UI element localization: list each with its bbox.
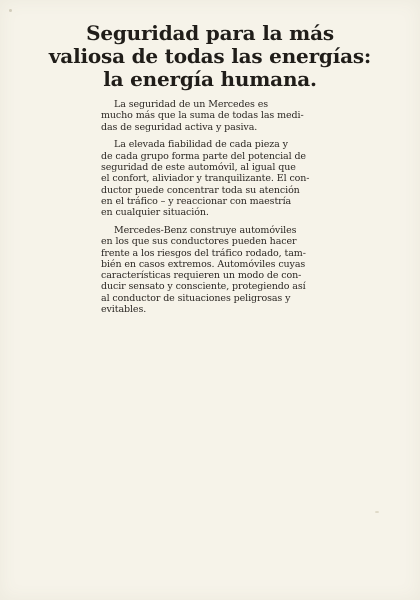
body-paragraph: La seguridad de un Mercedes esmucho más … [101, 99, 319, 133]
scan-speck [9, 9, 12, 12]
body-paragraph: Mercedes-Benz construye automóvilesen lo… [101, 225, 319, 315]
body-text-column: La seguridad de un Mercedes esmucho más … [101, 99, 319, 322]
brochure-page: Seguridad para la másvaliosa de todas la… [0, 0, 420, 600]
body-paragraph: La elevada fiabilidad de cada pieza yde … [101, 139, 319, 218]
page-title: Seguridad para la másvaliosa de todas la… [0, 22, 420, 91]
scan-speck [375, 511, 379, 513]
